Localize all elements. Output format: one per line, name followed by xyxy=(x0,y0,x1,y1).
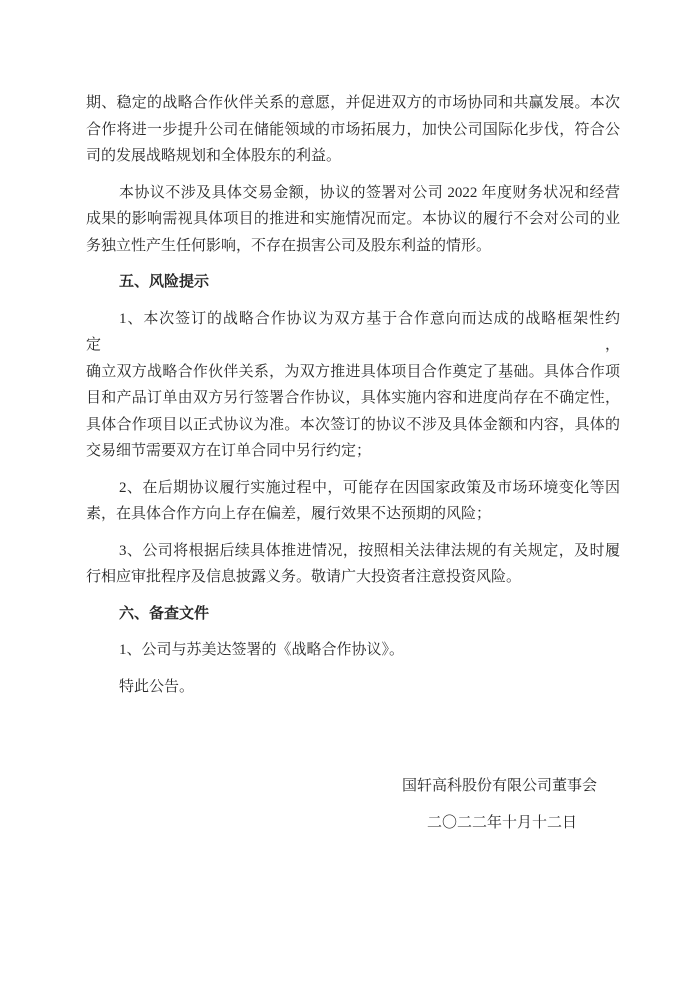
signature-line: 国轩高科股份有限公司董事会 xyxy=(86,773,620,800)
paragraph: 特此公告。 xyxy=(86,674,620,701)
section-heading: 六、备查文件 xyxy=(86,601,620,628)
paragraph: 1、本次签订的战略合作协议为双方基于合作意向而达成的战略框架性约定，确立双方战略… xyxy=(86,306,620,465)
text-line: 五、风险提示 xyxy=(86,269,620,296)
text-line: 2、在后期协议履行实施过程中，可能存在因国家政策及市场环境变化等因 xyxy=(86,475,620,502)
text-line: 具体合作项目以正式协议为准。本次签订的协议不涉及具体金额和内容，具体的 xyxy=(86,412,620,439)
paragraph: 1、公司与苏美达签署的《战略合作协议》。 xyxy=(86,637,620,664)
text-line: 合作将进一步提升公司在储能领域的市场拓展力，加快公司国际化步伐，符合公 xyxy=(86,117,620,144)
text-line: 目和产品订单由双方另行签署合作协议，具体实施内容和进度尚存在不确定性， xyxy=(86,385,620,412)
paragraph: 3、公司将根据后续具体推进情况，按照相关法律法规的有关规定，及时履行相应审批程序… xyxy=(86,538,620,591)
paragraph: 期、稳定的战略合作伙伴关系的意愿，并促进双方的市场协同和共赢发展。本次合作将进一… xyxy=(86,90,620,170)
text-line: 司的发展战略规划和全体股东的利益。 xyxy=(86,143,620,170)
text-line: 本协议不涉及具体交易金额，协议的签署对公司 2022 年度财务状况和经营 xyxy=(86,180,620,207)
text-line: 1、本次签订的战略合作协议为双方基于合作意向而达成的战略框架性约定， xyxy=(86,306,620,359)
document-page: 期、稳定的战略合作伙伴关系的意愿，并促进双方的市场协同和共赢发展。本次合作将进一… xyxy=(0,0,700,989)
section-heading: 五、风险提示 xyxy=(86,269,620,296)
text-line: 确立双方战略合作伙伴关系，为双方推进具体项目合作奠定了基础。具体合作项 xyxy=(86,359,620,386)
paragraph: 本协议不涉及具体交易金额，协议的签署对公司 2022 年度财务状况和经营成果的影… xyxy=(86,180,620,260)
text-line: 1、公司与苏美达签署的《战略合作协议》。 xyxy=(86,637,620,664)
text-line: 国轩高科股份有限公司董事会 xyxy=(86,773,597,800)
text-line: 成果的影响需视具体项目的推进和实施情况而定。本协议的履行不会对公司的业 xyxy=(86,206,620,233)
text-line: 行相应审批程序及信息披露义务。敬请广大投资者注意投资风险。 xyxy=(86,564,620,591)
text-line: 3、公司将根据后续具体推进情况，按照相关法律法规的有关规定，及时履 xyxy=(86,538,620,565)
text-line: 特此公告。 xyxy=(86,674,620,701)
date-line: 二〇二二年十月十二日 xyxy=(86,810,620,837)
text-line: 二〇二二年十月十二日 xyxy=(86,810,577,837)
paragraph: 2、在后期协议履行实施过程中，可能存在因国家政策及市场环境变化等因素，在具体合作… xyxy=(86,475,620,528)
text-line: 素，在具体合作方向上存在偏差，履行效果不达预期的风险； xyxy=(86,501,620,528)
text-line: 六、备查文件 xyxy=(86,601,620,628)
text-line: 交易细节需要双方在订单合同中另行约定； xyxy=(86,438,620,465)
text-line: 期、稳定的战略合作伙伴关系的意愿，并促进双方的市场协同和共赢发展。本次 xyxy=(86,90,620,117)
text-line: 务独立性产生任何影响，不存在损害公司及股东利益的情形。 xyxy=(86,233,620,260)
